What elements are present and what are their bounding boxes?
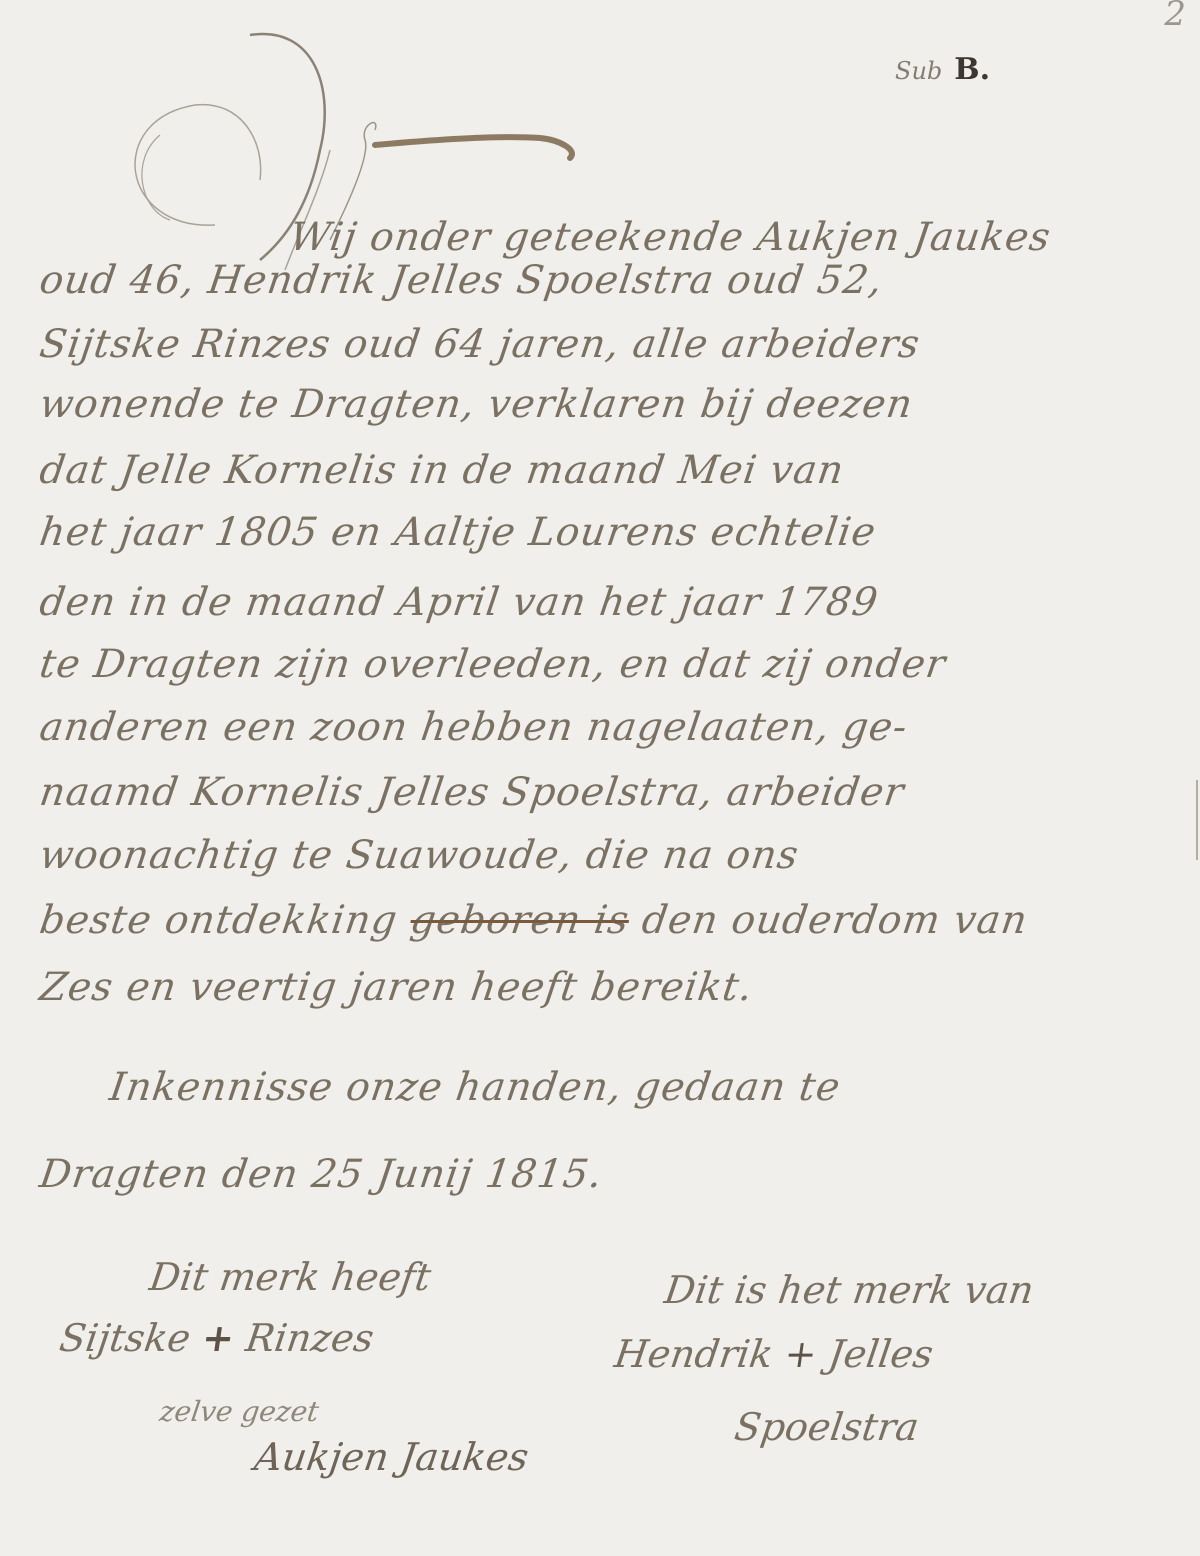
struck-through-text: geboren is: [408, 898, 633, 943]
right-sig-name-a: Hendrik: [612, 1332, 776, 1376]
body-line-3: Sijtske Rinzes oud 64 jaren, alle arbeid…: [37, 322, 923, 367]
annex-letter: B.: [954, 52, 990, 87]
body-line-11: woonachtig te Suawoude, die na ons: [37, 833, 802, 878]
body-line-9: anderen een zoon hebben nagelaaten, ge-: [37, 705, 911, 750]
body-line-12: beste ontdekking geboren is den ouderdom…: [37, 898, 1031, 943]
page-number: 2: [1164, 0, 1186, 34]
left-sig-line-2: Sijtske + Rinzes: [57, 1315, 377, 1360]
left-sig-line-3: zelve gezet: [158, 1395, 321, 1428]
signed-name-aukjen-jaukes: Aukjen Jaukes: [252, 1435, 531, 1479]
line-12-before: beste ontdekking: [37, 898, 414, 943]
document-page: 2 SubB. Wij onder geteekende Aukjen Jauk…: [0, 0, 1200, 1556]
left-sig-line-1: Dit merk heeft: [147, 1255, 434, 1299]
left-sig-name-b: Rinzes: [243, 1316, 376, 1360]
body-line-7: den in de maand April van het jaar 1789: [37, 580, 881, 625]
annex-prefix: Sub: [895, 57, 942, 85]
cross-mark-icon: +: [199, 1315, 237, 1360]
closing-line-3: Dragten den 25 Junij 1815.: [37, 1152, 606, 1197]
left-sig-name-a: Sijtske: [57, 1316, 193, 1360]
body-line-4: wonende te Dragten, verklaren bij deezen: [37, 382, 916, 427]
right-sig-line-2: Hendrik + Jelles: [612, 1332, 936, 1376]
annex-label: SubB.: [895, 52, 990, 87]
line-12-after: den ouderdom van: [626, 898, 1031, 943]
right-sig-name-b: Jelles: [826, 1332, 936, 1376]
right-sig-line-1: Dit is het merk van: [662, 1268, 1037, 1312]
cross-mark-icon: +: [782, 1332, 820, 1376]
body-line-1: Wij onder geteekende Aukjen Jaukes: [287, 215, 1054, 260]
body-line-8: te Dragten zijn overleeden, en dat zij o…: [37, 642, 949, 687]
body-line-5: dat Jelle Kornelis in de maand Mei van: [37, 448, 847, 493]
closing-line-1: Zes en veertig jaren heeft bereikt.: [37, 965, 756, 1010]
body-line-2: oud 46, Hendrik Jelles Spoelstra oud 52,: [37, 258, 886, 303]
right-sig-line-3: Spoelstra: [732, 1405, 922, 1449]
page-edge-divider: [1196, 780, 1198, 860]
closing-line-2: Inkennisse onze handen, gedaan te: [107, 1065, 844, 1110]
body-line-10: naamd Kornelis Jelles Spoelstra, arbeide…: [37, 770, 907, 815]
body-line-6: het jaar 1805 en Aaltje Lourens echtelie: [37, 510, 879, 555]
